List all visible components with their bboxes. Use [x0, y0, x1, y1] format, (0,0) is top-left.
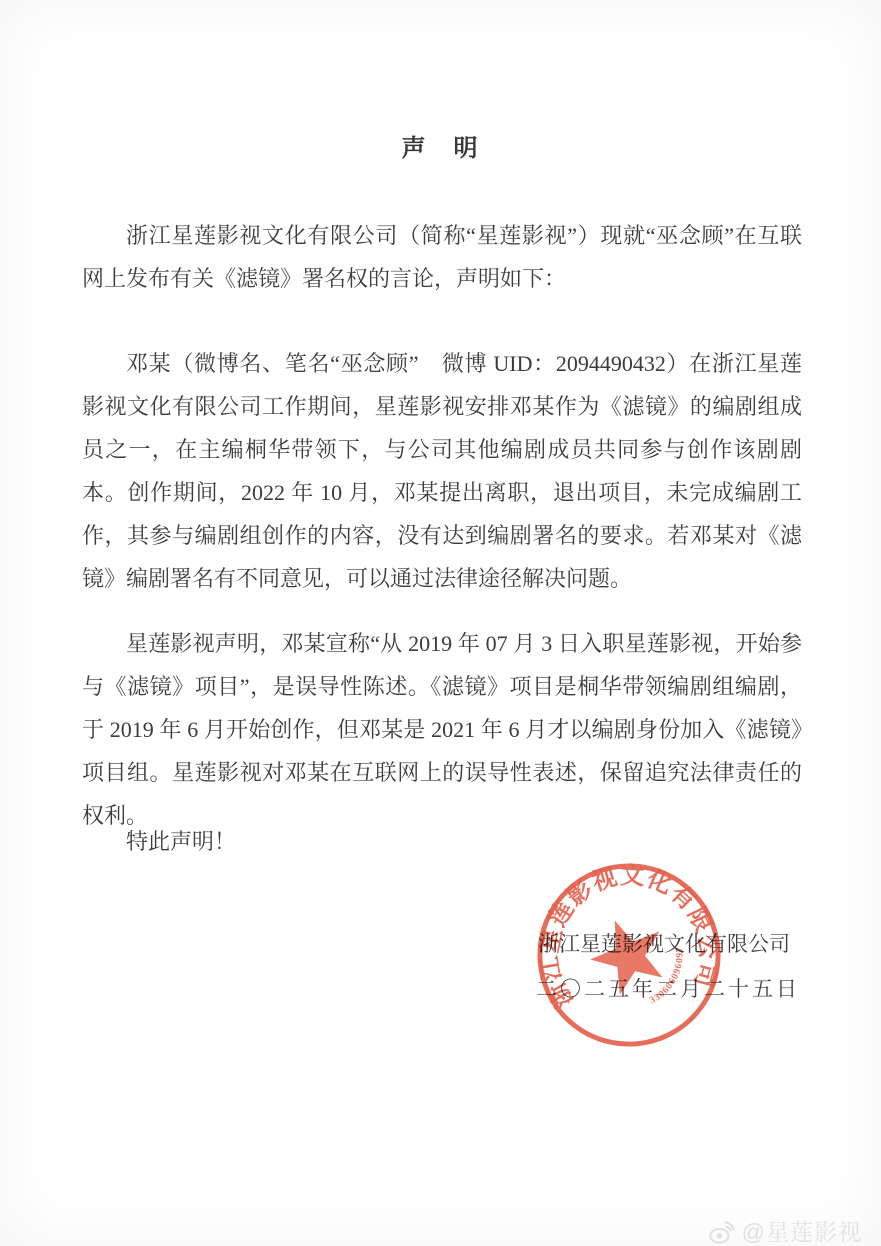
- statement-document: 声 明 浙江星莲影视文化有限公司（简称“星莲影视”）现就“巫念顾”在互联网上发布…: [0, 0, 881, 1246]
- body-paragraph-2: 星莲影视声明，邓某宣称“从 2019 年 07 月 3 日入职星莲影视，开始参与…: [82, 622, 802, 837]
- body-paragraph-1: 邓某（微博名、笔名“巫念顾” 微博 UID：2094490432）在浙江星莲影视…: [82, 342, 802, 600]
- intro-paragraph: 浙江星莲影视文化有限公司（简称“星莲影视”）现就“巫念顾”在互联网上发布有关《滤…: [82, 214, 802, 300]
- seal-star-icon: [584, 913, 669, 999]
- document-title: 声 明: [0, 128, 881, 163]
- weibo-watermark: @星莲影视: [708, 1214, 862, 1246]
- company-seal-stamp: 浙江星莲影视文化有限公司 330606096097: [515, 841, 742, 1068]
- seal-serial-number: 330606096097: [640, 945, 694, 1007]
- weibo-watermark-label: @星莲影视: [742, 1214, 862, 1246]
- weibo-icon: [708, 1218, 736, 1244]
- seal-serial-holder: 330606096097: [640, 945, 694, 1007]
